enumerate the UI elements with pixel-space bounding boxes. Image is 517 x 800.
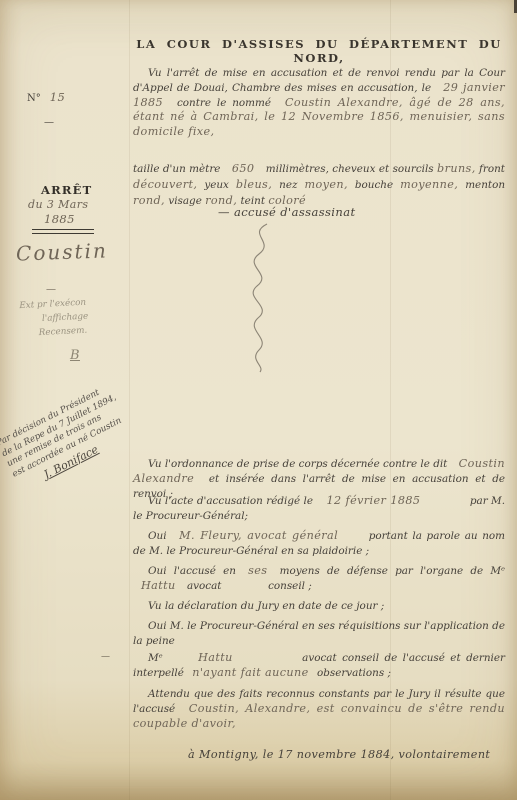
printed-text: moyens de défense par l'organe de Mᵉ bbox=[280, 565, 505, 577]
requisitions-paragraph: Oui M. le Procureur-Général en ses réqui… bbox=[133, 619, 505, 648]
printed-text: contre le nommé bbox=[177, 97, 271, 109]
arret-heading: ARRÊT bbox=[41, 183, 92, 197]
printed-text: taille d'un mètre bbox=[133, 163, 220, 175]
handwritten-counsel-name: Hattu bbox=[141, 579, 176, 592]
accusation-line: — accusé d'assassinat bbox=[218, 205, 438, 220]
court-document-page: LA COUR D'ASSISES DU DÉPARTEMENT DU NORD… bbox=[0, 0, 517, 800]
printed-text: Vu l'ordonnance de prise de corps décern… bbox=[148, 458, 447, 470]
paraph-initial: B bbox=[70, 348, 80, 363]
acte-paragraph: Vu l'acte d'accusation rédigé le 12 févr… bbox=[133, 494, 505, 523]
document-title: LA COUR D'ASSISES DU DÉPARTEMENT DU NORD… bbox=[133, 37, 505, 65]
correction-mark: — bbox=[101, 652, 110, 662]
printed-text: Oui l'accusé en bbox=[148, 565, 236, 577]
fait-line: à Montigny, le 17 novembre 1884, volonta… bbox=[188, 748, 517, 763]
printed-text: conseil ; bbox=[268, 580, 312, 592]
pencil-annotation: Ext pr l'exécon l'affichage Recensem. bbox=[19, 293, 141, 341]
printed-text: millimètres, cheveux et sourcils bbox=[266, 163, 434, 175]
attendu-paragraph: Attendu que des faits reconnus constants… bbox=[133, 687, 505, 731]
arret-date-line: du 3 Mars bbox=[28, 198, 88, 211]
handwritten-eyes: bleus, bbox=[236, 178, 272, 191]
printed-text: nez bbox=[279, 179, 297, 191]
handwritten-nose: moyen, bbox=[304, 178, 347, 191]
printed-text: observations ; bbox=[317, 667, 391, 679]
pen-flourish bbox=[243, 222, 279, 374]
arret-du-label: du bbox=[28, 198, 43, 211]
case-number-label: N° bbox=[27, 93, 41, 104]
printed-text: front bbox=[479, 163, 505, 175]
handwritten-advocate-general: M. Fleury, avocat général bbox=[179, 529, 338, 542]
handwritten-chin: rond, bbox=[133, 194, 165, 207]
margin-dash: — bbox=[44, 117, 54, 128]
condemned-name: Coustin bbox=[16, 238, 109, 265]
arret-date-value: 3 Mars bbox=[47, 198, 89, 211]
handwritten-verdict: Coustin, Alexandre, est convaincu de s'ê… bbox=[133, 702, 505, 730]
oui-avocat-paragraph: Oui M. Fleury, avocat général portant la… bbox=[133, 529, 505, 558]
printed-text: Vu l'acte d'accusation rédigé le bbox=[148, 495, 313, 507]
case-number-value: 15 bbox=[50, 90, 65, 104]
printed-text: yeux bbox=[204, 179, 229, 191]
handwritten-forehead: découvert, bbox=[133, 178, 197, 191]
handwritten-height: 650 bbox=[232, 162, 255, 175]
intro-paragraph: Vu l'arrêt de mise en accusation et de r… bbox=[133, 66, 505, 139]
printed-text: visage bbox=[168, 195, 202, 207]
handwritten-mouth: moyenne, bbox=[400, 178, 458, 191]
printed-text: bouche bbox=[355, 179, 393, 191]
handwritten-counsel-name: Hattu bbox=[198, 651, 233, 664]
printed-text: Oui bbox=[148, 530, 167, 542]
description-paragraph: taille d'un mètre 650 millimètres, cheve… bbox=[133, 161, 505, 209]
declaration-paragraph: Vu la déclaration du Jury en date de ce … bbox=[133, 599, 505, 614]
printed-text: Mᵉ bbox=[148, 652, 163, 664]
arret-year: 1885 bbox=[44, 212, 75, 226]
margin-dash: — bbox=[46, 284, 56, 295]
printed-text: menton bbox=[465, 179, 505, 191]
oui-accuse-paragraph: Oui l'accusé en ses moyens de défense pa… bbox=[133, 564, 505, 593]
case-number: N°15 bbox=[27, 90, 65, 104]
handwritten-date: 12 février 1885 bbox=[326, 494, 420, 507]
plaidoirie-paragraph: Mᵉ Hattu avocat conseil de l'accusé et d… bbox=[133, 651, 505, 680]
double-rule bbox=[32, 229, 94, 234]
printed-text: avocat conseil de l'accusé et bbox=[302, 652, 460, 664]
printed-text: avocat bbox=[187, 580, 222, 592]
handwritten-observations: n'ayant fait aucune bbox=[192, 666, 308, 679]
handwritten-hair: bruns, bbox=[437, 162, 476, 175]
handwritten-word: ses bbox=[248, 564, 267, 577]
